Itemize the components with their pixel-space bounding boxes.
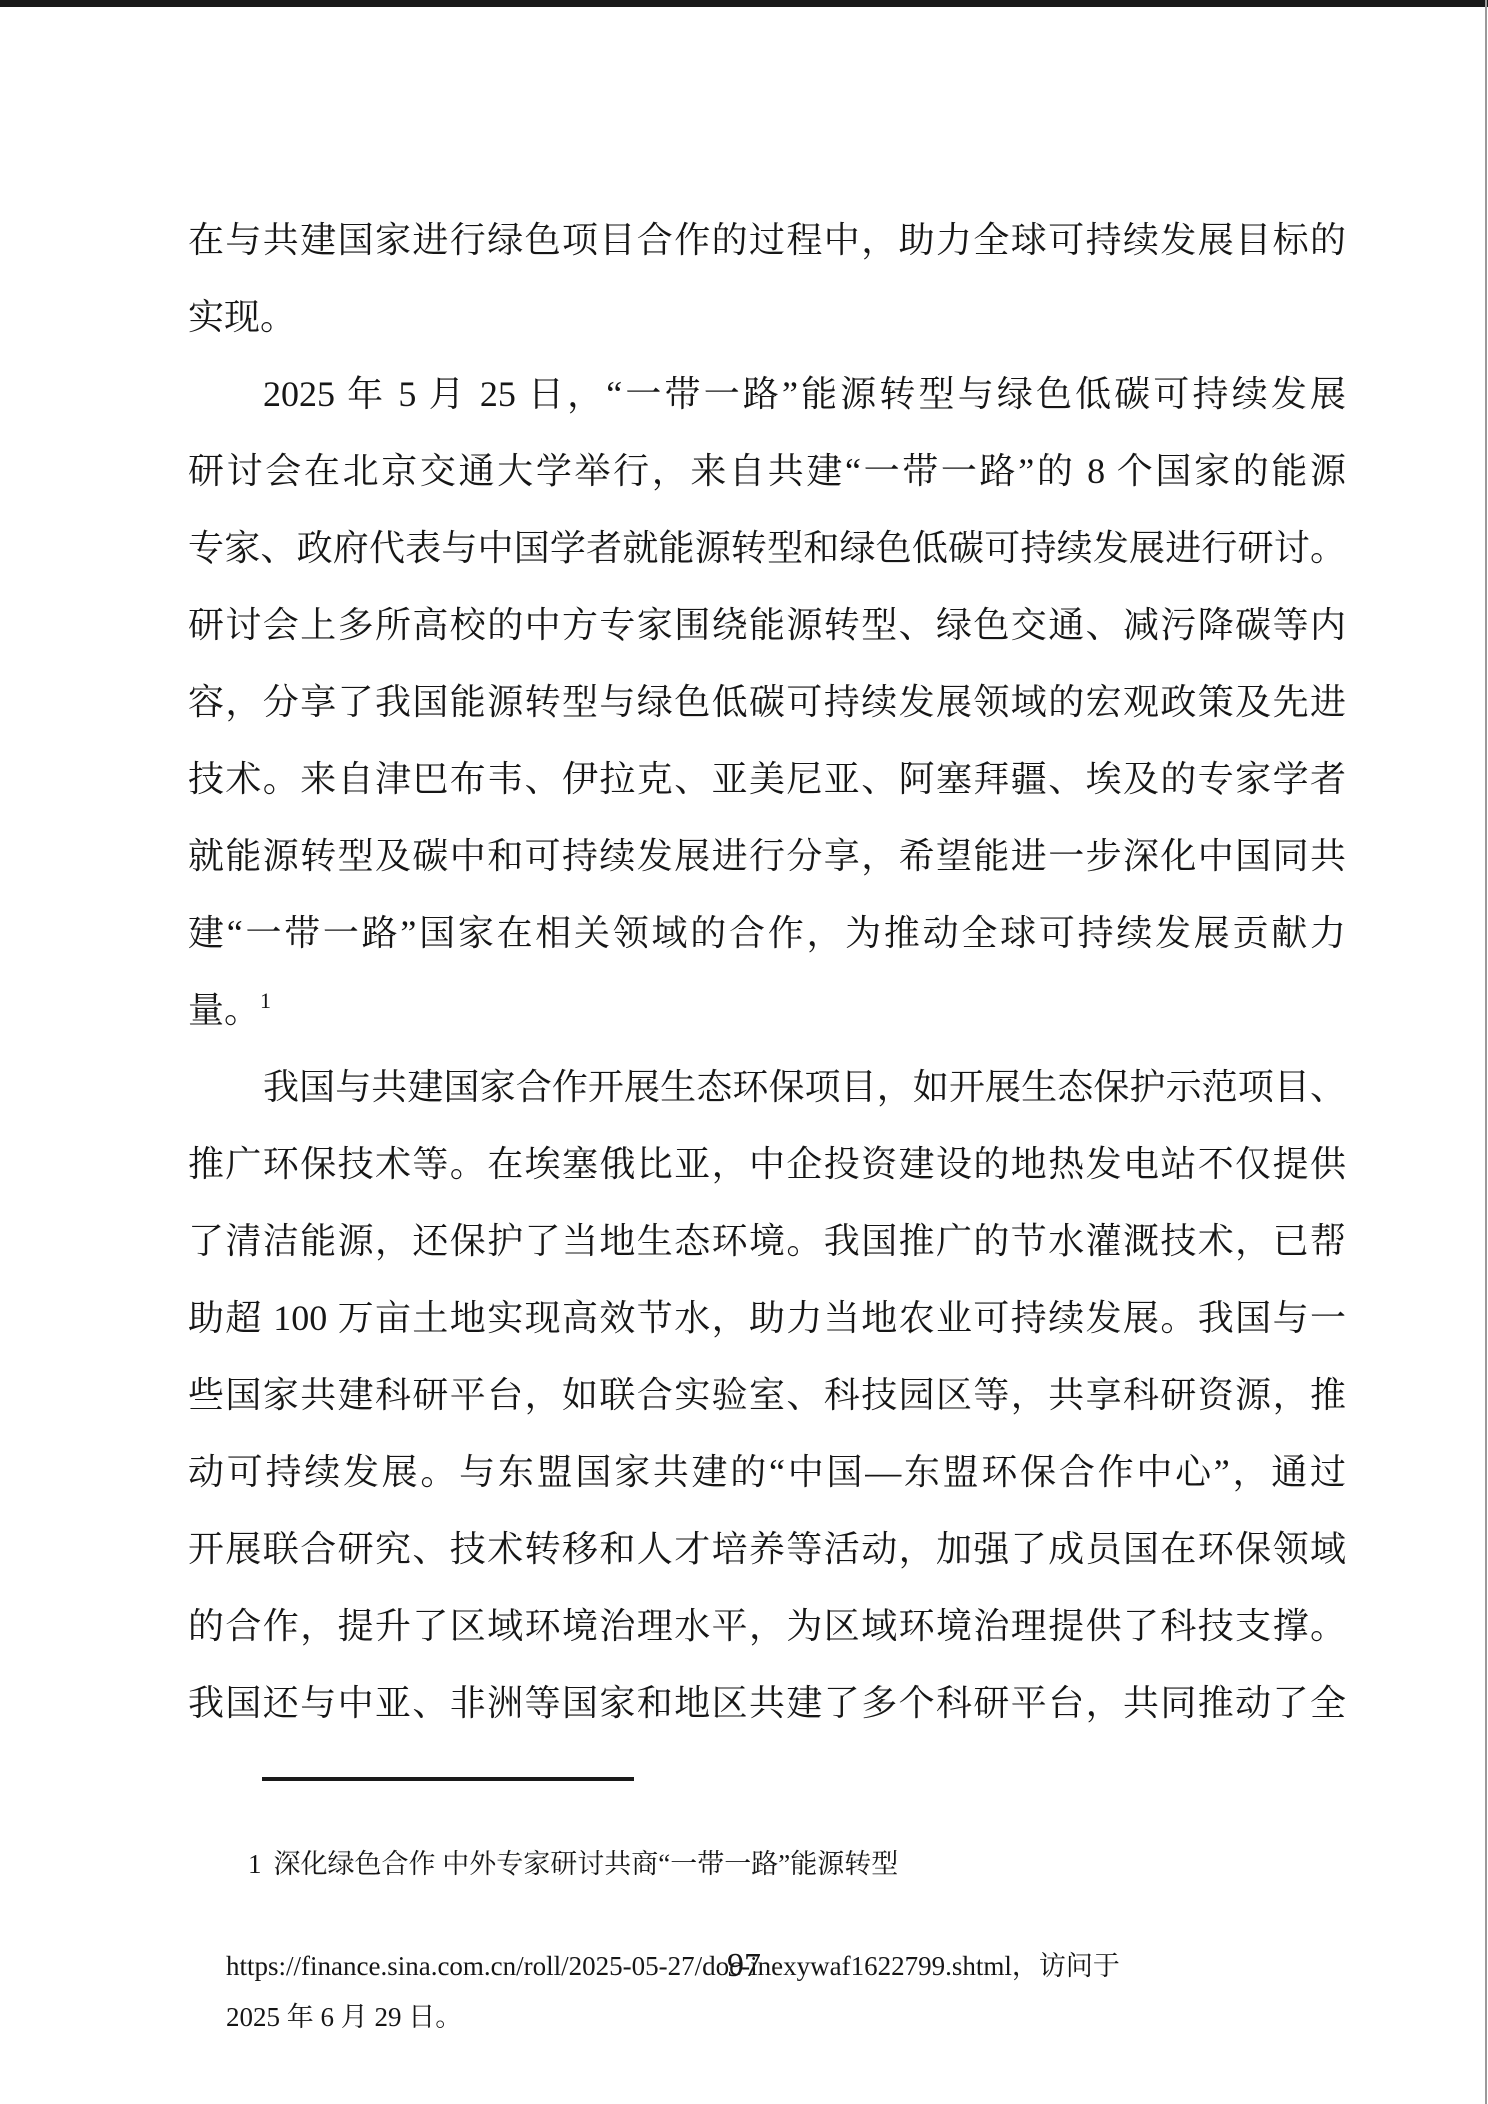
body-line: 2025 年 5 月 25 日，“一带一路”能源转型与绿色低碳可持续发展 [188,356,1346,433]
body-line: 研讨会上多所高校的中方专家围绕能源转型、绿色交通、减污降碳等内 [188,587,1346,664]
right-edge-line [1485,0,1487,2104]
body-line-text: 的合作，提升了区域环境治理水平，为区域环境治理提供了科技支撑。 [188,1606,1346,1646]
body-line-text: 在与共建国家进行绿色项目合作的过程中，助力全球可持续发展目标的 [188,220,1346,260]
body-line-text: 动可持续发展。与东盟国家共建的“中国—东盟环保合作中心”，通过 [188,1452,1346,1492]
body-line: 研讨会在北京交通大学举行，来自共建“一带一路”的 8 个国家的能源 [188,433,1346,510]
footnote-line: 1深化绿色合作 中外专家研讨共商“一带一路”能源转型 [188,1788,1346,1941]
footnote-section: 1深化绿色合作 中外专家研讨共商“一带一路”能源转型 https://finan… [188,1777,1346,2043]
body-line: 的合作，提升了区域环境治理水平，为区域环境治理提供了科技支撑。 [188,1588,1346,1665]
body-line: 量。1 [188,972,1346,1049]
body-line: 技术。来自津巴布韦、伊拉克、亚美尼亚、阿塞拜疆、埃及的专家学者 [188,741,1346,818]
footnote-lines: 1深化绿色合作 中外专家研讨共商“一带一路”能源转型 https://finan… [188,1788,1346,2043]
body-line: 实现。 [188,279,1346,356]
footnote-separator [262,1777,634,1781]
document-page: 在与共建国家进行绿色项目合作的过程中，助力全球可持续发展目标的实现。2025 年… [0,0,1488,2104]
body-line-text: 助超 100 万亩土地实现高效节水，助力当地农业可持续发展。我国与一 [188,1298,1346,1338]
body-text: 在与共建国家进行绿色项目合作的过程中，助力全球可持续发展目标的实现。2025 年… [188,202,1346,1742]
body-line: 我国与共建国家合作开展生态环保项目，如开展生态保护示范项目、 [188,1049,1346,1126]
body-line: 容，分享了我国能源转型与绿色低碳可持续发展领域的宏观政策及先进 [188,664,1346,741]
body-line-text: 就能源转型及碳中和可持续发展进行分享，希望能进一步深化中国同共 [188,836,1346,876]
body-line-text: 建“一带一路”国家在相关领域的合作，为推动全球可持续发展贡献力 [188,913,1346,953]
body-line: 专家、政府代表与中国学者就能源转型和绿色低碳可持续发展进行研讨。 [188,510,1346,587]
body-line-text: 量。 [188,990,260,1030]
body-line: 助超 100 万亩土地实现高效节水，助力当地农业可持续发展。我国与一 [188,1280,1346,1357]
body-line-text: 了清洁能源，还保护了当地生态环境。我国推广的节水灌溉技术，已帮 [188,1221,1346,1261]
footnote-date-line: 2025 年 6 月 29 日。 [188,1992,1346,2043]
body-line: 开展联合研究、技术转移和人才培养等活动，加强了成员国在环保领域 [188,1511,1346,1588]
body-line: 建“一带一路”国家在相关领域的合作，为推动全球可持续发展贡献力 [188,895,1346,972]
footnote-title-text: 深化绿色合作 中外专家研讨共商“一带一路”能源转型 [274,1849,899,1879]
body-line-text: 推广环保技术等。在埃塞俄比亚，中企投资建设的地热发电站不仅提供 [188,1144,1346,1184]
page-number: 97 [0,1942,1488,1990]
body-line: 就能源转型及碳中和可持续发展进行分享，希望能进一步深化中国同共 [188,818,1346,895]
body-line-text: 专家、政府代表与中国学者就能源转型和绿色低碳可持续发展进行研讨。 [188,528,1346,568]
body-line: 了清洁能源，还保护了当地生态环境。我国推广的节水灌溉技术，已帮 [188,1203,1346,1280]
body-line-text: 研讨会上多所高校的中方专家围绕能源转型、绿色交通、减污降碳等内 [188,605,1346,645]
body-line: 我国还与中亚、非洲等国家和地区共建了多个科研平台，共同推动了全 [188,1665,1346,1742]
body-line: 在与共建国家进行绿色项目合作的过程中，助力全球可持续发展目标的 [188,202,1346,279]
body-line-text: 容，分享了我国能源转型与绿色低碳可持续发展领域的宏观政策及先进 [188,682,1346,722]
body-line-text: 开展联合研究、技术转移和人才培养等活动，加强了成员国在环保领域 [188,1529,1346,1569]
body-line: 推广环保技术等。在埃塞俄比亚，中企投资建设的地热发电站不仅提供 [188,1126,1346,1203]
body-line-text: 2025 年 5 月 25 日，“一带一路”能源转型与绿色低碳可持续发展 [263,374,1346,414]
body-line: 动可持续发展。与东盟国家共建的“中国—东盟环保合作中心”，通过 [188,1434,1346,1511]
body-line-text: 实现。 [188,297,296,337]
body-line-text: 技术。来自津巴布韦、伊拉克、亚美尼亚、阿塞拜疆、埃及的专家学者 [188,759,1346,799]
footnote-marker: 1 [248,1849,262,1879]
body-line-text: 我国还与中亚、非洲等国家和地区共建了多个科研平台，共同推动了全 [188,1683,1346,1723]
footnote-reference: 1 [260,988,271,1013]
body-line-text: 些国家共建科研平台，如联合实验室、科技园区等，共享科研资源，推 [188,1375,1346,1415]
body-line-text: 我国与共建国家合作开展生态环保项目，如开展生态保护示范项目、 [263,1067,1346,1107]
body-line-text: 研讨会在北京交通大学举行，来自共建“一带一路”的 8 个国家的能源 [188,451,1346,491]
body-line: 些国家共建科研平台，如联合实验室、科技园区等，共享科研资源，推 [188,1357,1346,1434]
top-edge-bar [0,0,1488,7]
